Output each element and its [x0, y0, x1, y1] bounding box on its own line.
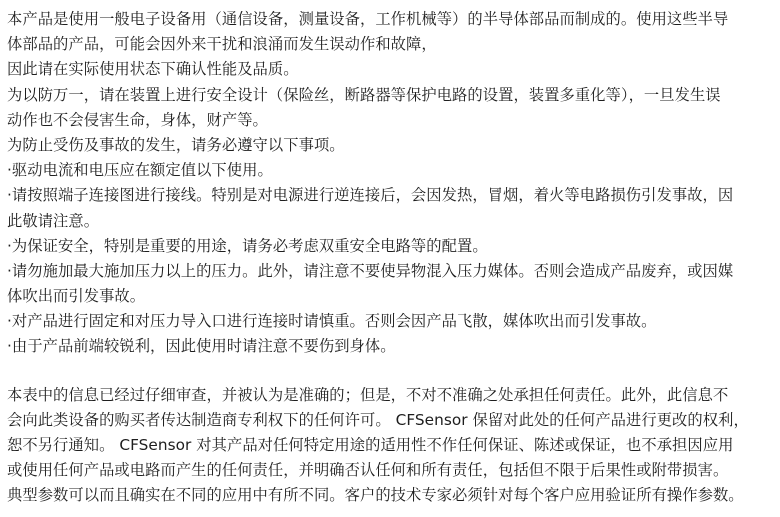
precautions-heading: 为防止受伤及事故的发生，请务必遵守以下事项。	[7, 133, 773, 158]
precaution-item-mounting: ·对产品进行固定和对压力导入口进行连接时请慎重。否则会因产品飞散，媒体吹出而引发…	[7, 309, 773, 334]
section-spacer	[7, 360, 773, 383]
precaution-item-sharp-tip: ·由于产品前端较锐利，因此使用时请注意不要伤到身体。	[7, 334, 773, 359]
precaution-item-drive-current: ·驱动电流和电压应在额定值以下使用。	[7, 158, 773, 183]
disclaimer-line-2: 会向此类设备的购买者传达制造商专利权下的任何许可。 CFSensor 保留对此处…	[7, 408, 773, 433]
disclaimer-section: 本表中的信息已经过仔细审查，并被认为是准确的；但是，不对不准确之处承担任何责任。…	[7, 383, 773, 509]
disclaimer-line-4: 或使用任何产品或电路而产生的任何责任，并明确否认任何和所有责任，包括但不限于后果…	[7, 458, 773, 483]
precaution-item-safety-circuit: ·为保证安全，特别是重要的用途，请务必考虑双重安全电路等的配置。	[7, 234, 773, 259]
precaution-item-wiring-line-2: 此敬请注意。	[7, 209, 773, 234]
warning-intro-line-2: 体部品的产品，可能会因外来干扰和浪涌而发生误动作和故障，	[7, 32, 773, 57]
disclaimer-line-5: 典型参数可以而且确实在不同的应用中有所不同。客户的技术专家必须针对每个客户应用验…	[7, 483, 773, 508]
precaution-item-pressure-line-2: 体吹出而引发事故。	[7, 284, 773, 309]
safety-warnings-section: 本产品是使用一般电子设备用（通信设备，测量设备，工作机械等）的半导体部品而制成的…	[7, 7, 773, 360]
disclaimer-line-1: 本表中的信息已经过仔细审查，并被认为是准确的；但是，不对不准确之处承担任何责任。…	[7, 383, 773, 408]
safety-design-line-1: 为以防万一，请在装置上进行安全设计（保险丝，断路器等保护电路的设置，装置多重化等…	[7, 83, 773, 108]
document-body: 本产品是使用一般电子设备用（通信设备，测量设备，工作机械等）的半导体部品而制成的…	[7, 7, 773, 509]
safety-design-line-2: 动作也不会侵害生命，身体，财产等。	[7, 108, 773, 133]
precaution-item-wiring-line-1: ·请按照端子连接图进行接线。特别是对电源进行逆连接后，会因发热，冒烟，着火等电路…	[7, 183, 773, 208]
warning-intro-line-3: 因此请在实际使用状态下确认性能及品质。	[7, 57, 773, 82]
disclaimer-line-3: 恕不另行通知。 CFSensor 对其产品对任何特定用途的适用性不作任何保证、陈…	[7, 433, 773, 458]
warning-intro-line-1: 本产品是使用一般电子设备用（通信设备，测量设备，工作机械等）的半导体部品而制成的…	[7, 7, 773, 32]
precaution-item-pressure-line-1: ·请勿施加最大施加压力以上的压力。此外，请注意不要使异物混入压力媒体。否则会造成…	[7, 259, 773, 284]
